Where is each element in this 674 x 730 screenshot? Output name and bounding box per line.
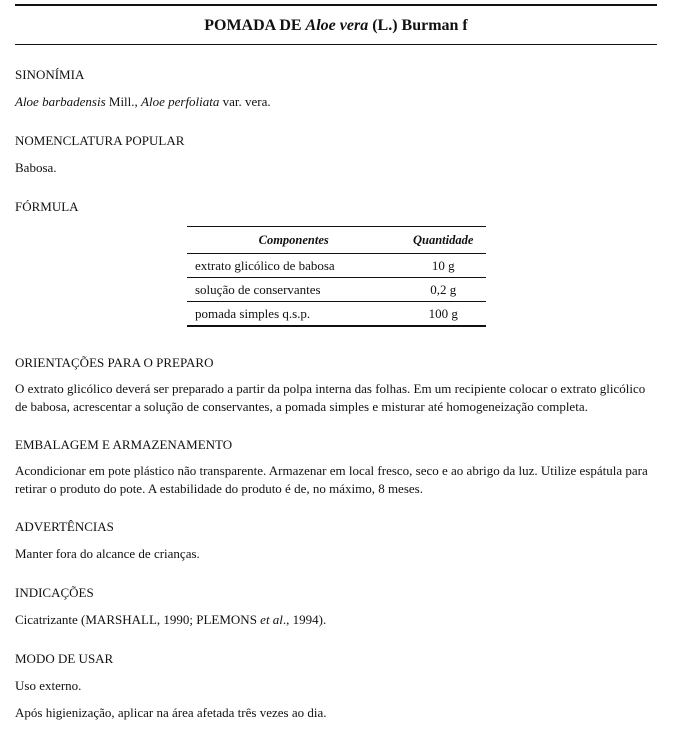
table-row: extrato glicólico de babosa 10 g — [187, 254, 486, 278]
et-al: et al — [260, 612, 283, 627]
quantity-cell: 0,2 g — [400, 278, 486, 302]
column-header-quantidade: Quantidade — [400, 227, 486, 254]
column-header-componentes: Componentes — [187, 227, 400, 254]
indicacoes-text: Cicatrizante (MARSHALL, 1990; PLEMONS et… — [15, 612, 326, 628]
component-cell: extrato glicólico de babosa — [187, 254, 400, 278]
table-header-row: Componentes Quantidade — [187, 227, 486, 254]
embalagem-text: Acondicionar em pote plástico não transp… — [15, 462, 660, 498]
indicacoes-part3: ., 1994). — [283, 612, 326, 627]
heading-nomenclatura: NOMENCLATURA POPULAR — [15, 133, 184, 149]
heading-preparo: ORIENTAÇÕES PARA O PREPARO — [15, 355, 213, 371]
nomenclatura-text: Babosa. — [15, 160, 57, 176]
heading-formula: FÓRMULA — [15, 199, 79, 215]
synonym-author: Mill., — [106, 94, 141, 109]
advertencias-text: Manter fora do alcance de crianças. — [15, 546, 200, 562]
title-bottom-rule — [15, 44, 657, 45]
component-cell: pomada simples q.s.p. — [187, 302, 400, 327]
modo-usar-line2: Após higienização, aplicar na área afeta… — [15, 705, 326, 721]
synonym-variety: var. vera. — [219, 94, 270, 109]
table-row: pomada simples q.s.p. 100 g — [187, 302, 486, 327]
quantity-cell: 10 g — [400, 254, 486, 278]
indicacoes-part1: Cicatrizante (MARSHALL, 1990; PLEMONS — [15, 612, 260, 627]
top-rule — [15, 4, 657, 6]
title-species: Aloe vera — [306, 17, 369, 34]
title-suffix: (L.) Burman f — [368, 17, 468, 34]
heading-embalagem: EMBALAGEM E ARMAZENAMENTO — [15, 437, 232, 453]
synonym-1: Aloe barbadensis — [15, 94, 106, 109]
title-prefix: POMADA DE — [204, 17, 305, 34]
document-title: POMADA DE Aloe vera (L.) Burman f — [15, 16, 657, 36]
formula-table: Componentes Quantidade extrato glicólico… — [187, 226, 486, 327]
heading-indicacoes: INDICAÇÕES — [15, 585, 94, 601]
quantity-cell: 100 g — [400, 302, 486, 327]
modo-usar-line1: Uso externo. — [15, 678, 81, 694]
sinonimia-text: Aloe barbadensis Mill., Aloe perfoliata … — [15, 94, 271, 110]
synonym-2: Aloe perfoliata — [141, 94, 219, 109]
table-row: solução de conservantes 0,2 g — [187, 278, 486, 302]
heading-modo-usar: MODO DE USAR — [15, 651, 113, 667]
heading-sinonimia: SINONÍMIA — [15, 67, 84, 83]
component-cell: solução de conservantes — [187, 278, 400, 302]
preparo-text: O extrato glicólico deverá ser preparado… — [15, 380, 660, 416]
heading-advertencias: ADVERTÊNCIAS — [15, 519, 114, 535]
